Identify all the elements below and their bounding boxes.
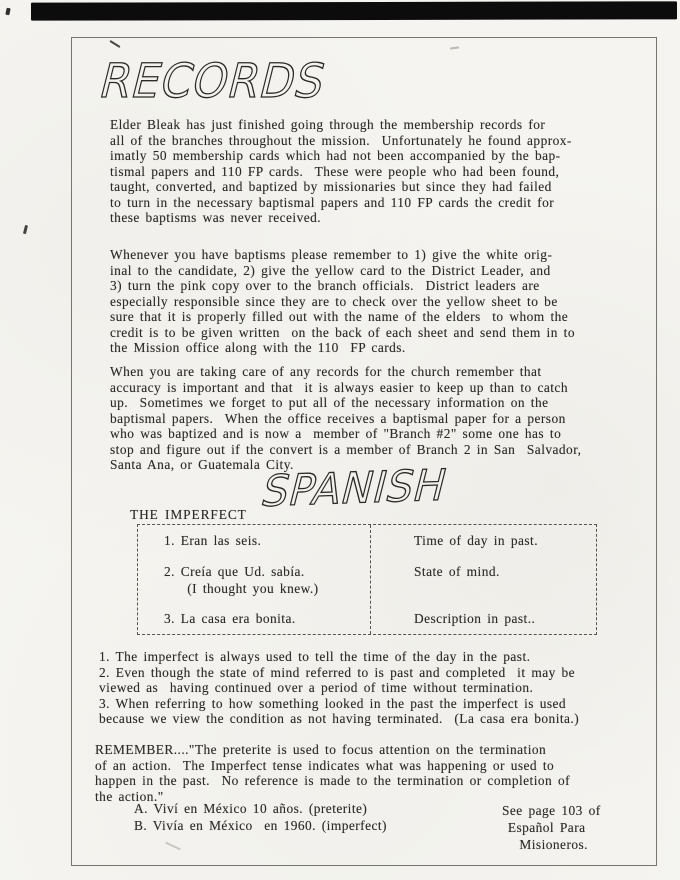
- stray-pen-mark: [23, 225, 28, 234]
- records-paragraph-3: When you are taking care of any records …: [110, 364, 655, 473]
- table-column-divider: [370, 525, 371, 634]
- records-section-title: RECORDS: [95, 58, 330, 105]
- records-paragraph-2: Whenever you have baptisms please rememb…: [110, 247, 655, 356]
- table-row-2-example: 2. Creía que Ud. sabía. (I thought you k…: [164, 564, 369, 597]
- table-row-2-meaning: State of mind.: [414, 564, 594, 581]
- scan-speck: [5, 8, 10, 16]
- table-row-1-meaning: Time of day in past.: [414, 533, 594, 550]
- imperfect-heading: THE IMPERFECT: [130, 507, 330, 523]
- textbook-reference: See page 103 of Español Para Misioneros.: [502, 802, 672, 853]
- table-row-3-meaning: Description in past..: [414, 611, 594, 628]
- records-paragraph-1: Elder Bleak has just finished going thro…: [110, 117, 655, 226]
- scanned-newsletter-page: RECORDS Elder Bleak has just finished go…: [0, 0, 680, 880]
- remember-paragraph: REMEMBER...."The preterite is used to fo…: [95, 742, 655, 805]
- scan-artifact-top-bar: [31, 1, 677, 20]
- table-row-3-example: 3. La casa era bonita.: [164, 611, 364, 628]
- imperfect-usage-notes: 1. The imperfect is always used to tell …: [99, 649, 659, 727]
- imperfect-examples-table: 1. Eran las seis. Time of day in past. 2…: [137, 524, 597, 635]
- tense-examples: A. Viví en México 10 años. (preterite) B…: [134, 801, 554, 834]
- table-row-1-example: 1. Eran las seis.: [164, 533, 364, 550]
